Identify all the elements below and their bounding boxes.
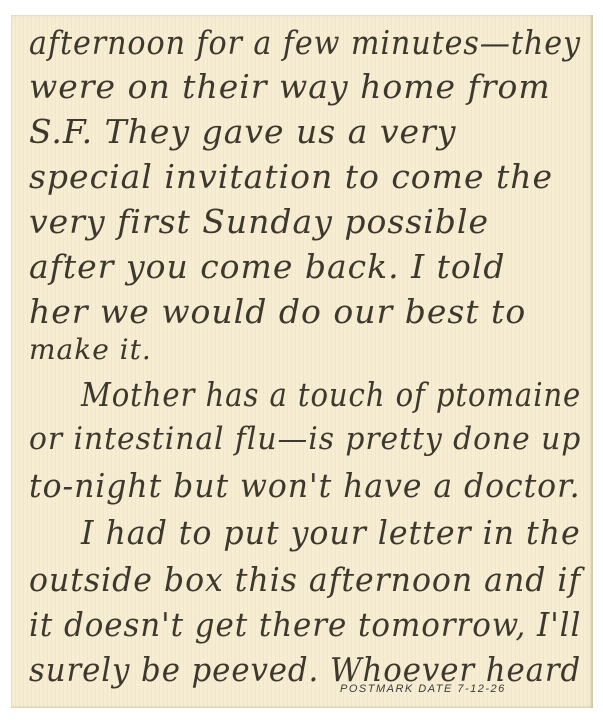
letter-line-6: after you come back. I told	[29, 247, 505, 286]
letter-line-12: I had to put your letter in the	[81, 513, 581, 552]
letter-line-7: her we would do our best to	[29, 292, 526, 331]
letter-line-3: S.F. They gave us a very	[29, 112, 456, 151]
letter-line-11: to-night but won't have a doctor.	[29, 466, 581, 505]
letter-line-1: afternoon for a few minutes—they	[29, 23, 581, 62]
letter-line-8: make it.	[29, 333, 152, 366]
letter-line-10: or intestinal flu—is pretty done up	[29, 421, 581, 457]
postmark-annotation: POSTMARK DATE 7-12-26	[340, 683, 506, 695]
letter-line-13: outside box this afternoon and if	[29, 560, 581, 599]
letter-line-9: Mother has a touch of ptomaine	[81, 375, 581, 414]
letter-line-2: were on their way home from	[29, 67, 551, 106]
letter-line-5: very first Sunday possible	[29, 202, 489, 241]
letter-page: afternoon for a few minutes—they were on…	[11, 15, 593, 708]
letter-line-4: special invitation to come the	[29, 157, 553, 196]
letter-line-14: it doesn't get there tomorrow, I'll	[29, 605, 581, 644]
